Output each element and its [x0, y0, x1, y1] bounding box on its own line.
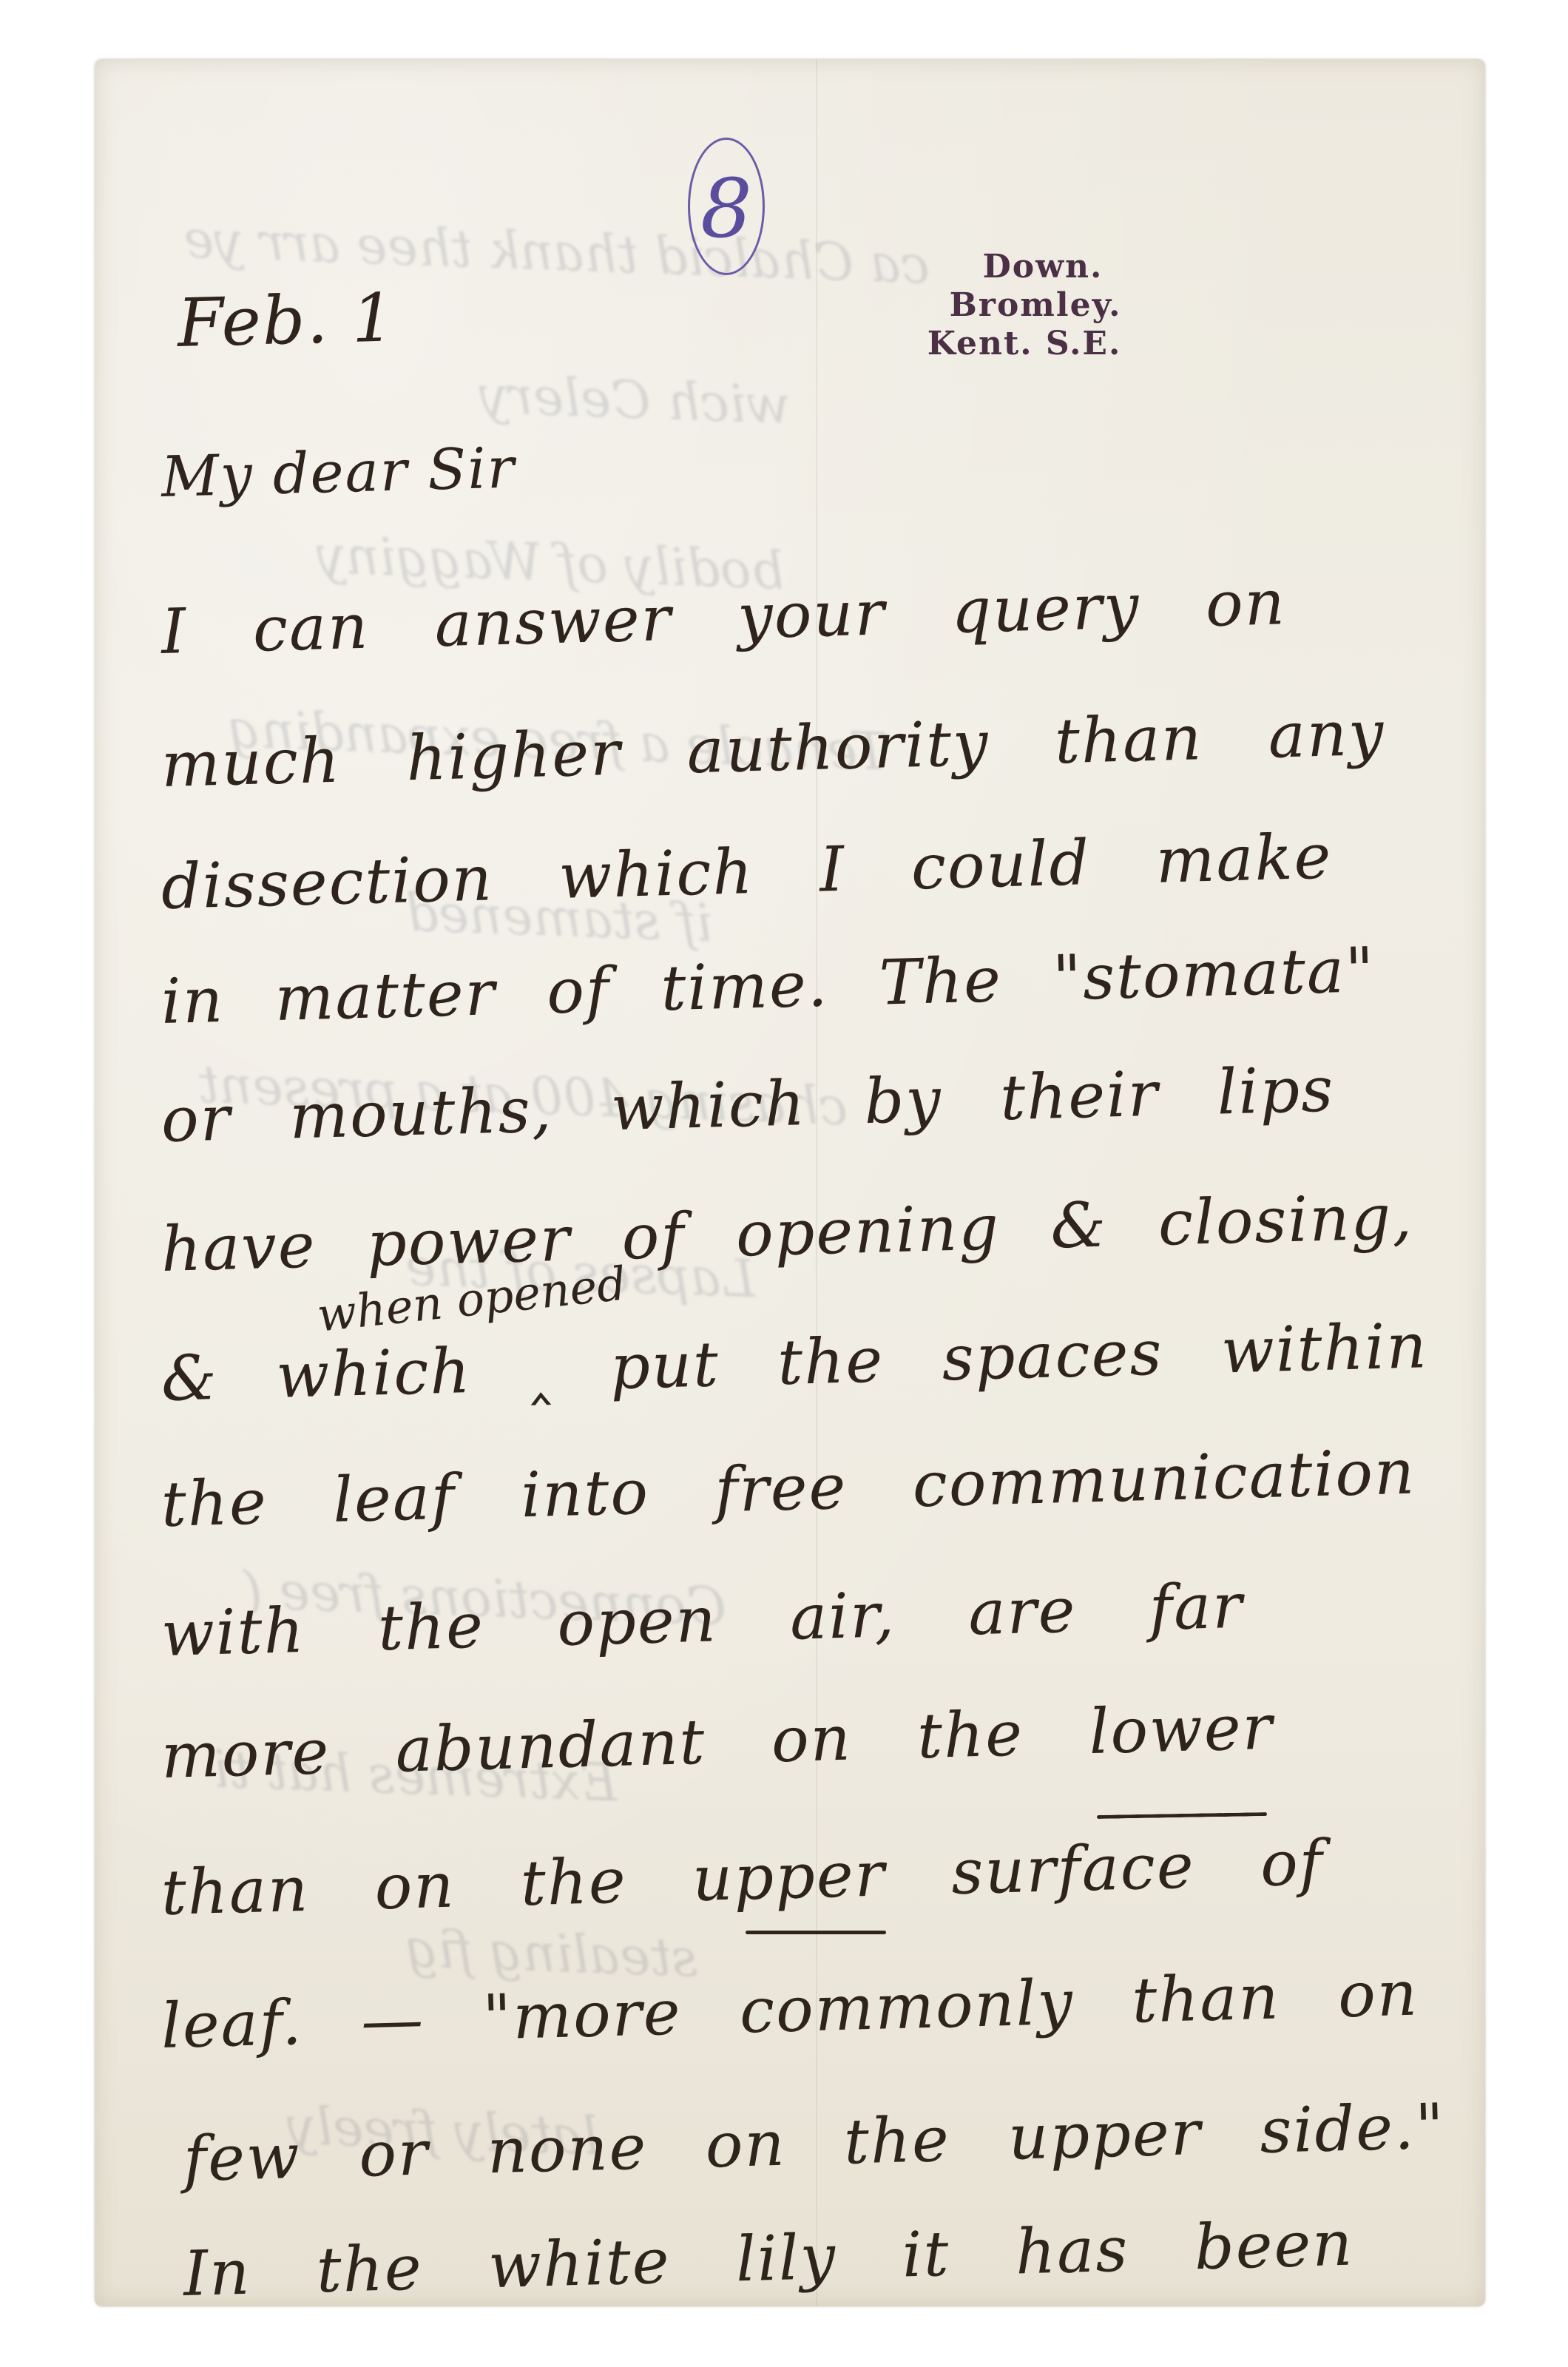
- letterhead: Down. Bromley. Kent. S.E.: [925, 248, 1146, 363]
- show-through-text: wich Celery: [479, 365, 791, 436]
- body-line-6: have power of opening & closing,: [160, 1181, 1414, 1286]
- salutation: My dear Sir: [160, 434, 516, 510]
- letterhead-line-1: Down.: [939, 248, 1146, 286]
- body-line-3: dissection which I could make: [160, 820, 1334, 923]
- body-line-11: than on the upper surface of: [160, 1826, 1325, 1929]
- fold-crease: [816, 59, 817, 2306]
- letter-date: Feb. 1: [177, 279, 397, 362]
- letterhead-line-2: Bromley.: [925, 286, 1146, 325]
- underline-lower: [1097, 1812, 1267, 1819]
- body-line-8: the leaf into free communication: [160, 1436, 1416, 1541]
- body-line-12: leaf. — "more commonly than on: [160, 1957, 1419, 2062]
- letterhead-line-3: Kent. S.E.: [902, 325, 1146, 363]
- body-line-10: more abundant on the lower: [160, 1691, 1274, 1792]
- underline-upper: [746, 1931, 886, 1934]
- letter-page: ca Chalcid thank thee arr ye wich Celery…: [95, 59, 1485, 2306]
- body-line-4: in matter of time. The "stomata": [160, 933, 1376, 1038]
- page-number-badge: 8: [688, 138, 765, 275]
- body-line-14: In the white lily it has been: [183, 2207, 1355, 2310]
